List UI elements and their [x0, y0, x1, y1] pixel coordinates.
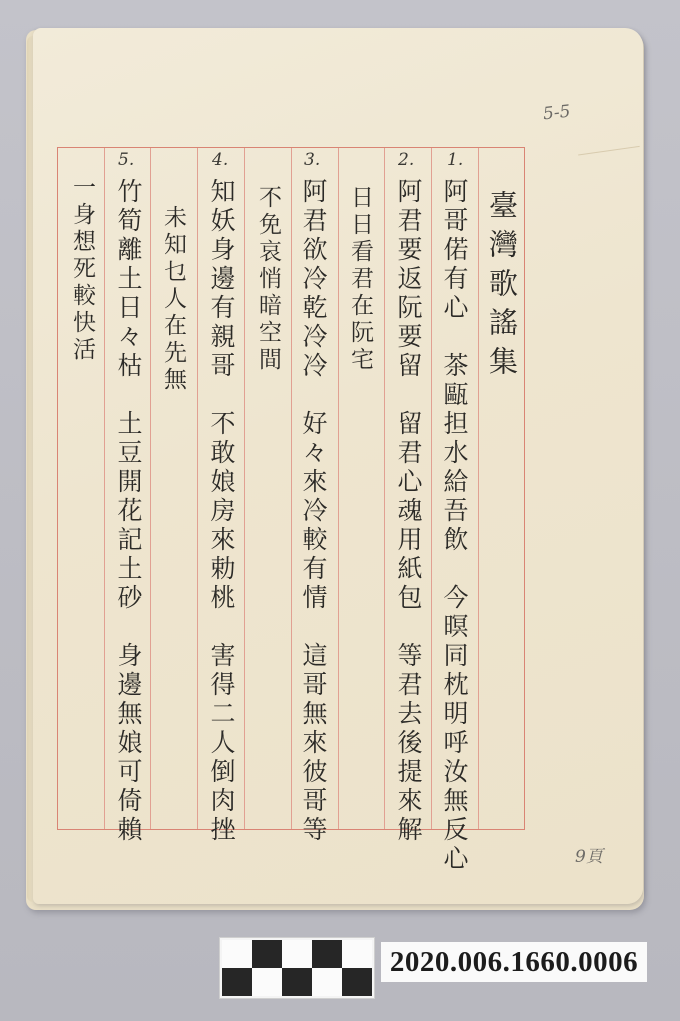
song-4-continuation: 未知乜人在先無 — [151, 205, 195, 394]
song-line: 害得二人倒肉挫 — [207, 642, 236, 845]
song-2-text: 阿君要返阮要留 留君心魂用紙包 等君去後提來解 — [386, 178, 430, 845]
song-line: 土豆開花記土砂 — [114, 410, 143, 613]
song-number: 1. — [447, 150, 463, 170]
song-3-text: 阿君欲冷乾冷冷 好々來冷較有情 這哥無來彼哥等 — [291, 178, 335, 845]
song-number: 2. — [398, 150, 414, 170]
song-3-continuation: 不免哀悄暗空間 — [246, 185, 290, 374]
grid-line — [384, 148, 385, 829]
page-number-note: 9頁 — [575, 842, 603, 867]
color-scale-bar — [219, 937, 375, 999]
grid-line — [197, 148, 198, 829]
catalog-number-label: 2020.006.1660.0006 — [381, 942, 647, 982]
song-line: 阿君欲冷乾冷冷 — [299, 178, 328, 381]
song-4-text: 知妖身邊有親哥 不敢娘房來勅桃 害得二人倒肉挫 — [199, 178, 243, 845]
song-5-continuation: 一身想死較快活 — [60, 175, 104, 364]
grid-line — [104, 148, 105, 829]
song-line: 這哥無來彼哥等 — [299, 642, 328, 845]
song-line: 今暝同枕明呼汝無反心 — [440, 584, 469, 874]
corner-mark: 5-5 — [542, 102, 571, 125]
document-title: 臺灣歌謠集 — [482, 190, 522, 385]
song-line: 阿哥偌有心 — [440, 178, 469, 323]
grid-line — [478, 148, 479, 829]
song-2-continuation: 日日看君在阮宅 — [338, 185, 382, 374]
song-line: 好々來冷較有情 — [299, 410, 328, 613]
grid-line — [244, 148, 245, 829]
song-5-text: 竹筍離土日々枯 土豆開花記土砂 身邊無娘可倚賴 — [106, 178, 150, 845]
song-line: 竹筍離土日々枯 — [114, 178, 143, 381]
song-line: 知妖身邊有親哥 — [207, 178, 236, 381]
song-line: 不敢娘房來勅桃 — [207, 410, 236, 613]
song-line: 茶甌担水給吾飲 — [440, 352, 469, 555]
song-1-text: 阿哥偌有心 茶甌担水給吾飲 今暝同枕明呼汝無反心 — [432, 178, 476, 874]
song-line: 等君去後提來解 — [394, 642, 423, 845]
song-line: 身邊無娘可倚賴 — [114, 642, 143, 845]
song-number: 3. — [304, 150, 320, 170]
song-line: 留君心魂用紙包 — [394, 410, 423, 613]
song-number: 5. — [118, 150, 134, 170]
song-number: 4. — [212, 150, 228, 170]
song-line: 阿君要返阮要留 — [394, 178, 423, 381]
